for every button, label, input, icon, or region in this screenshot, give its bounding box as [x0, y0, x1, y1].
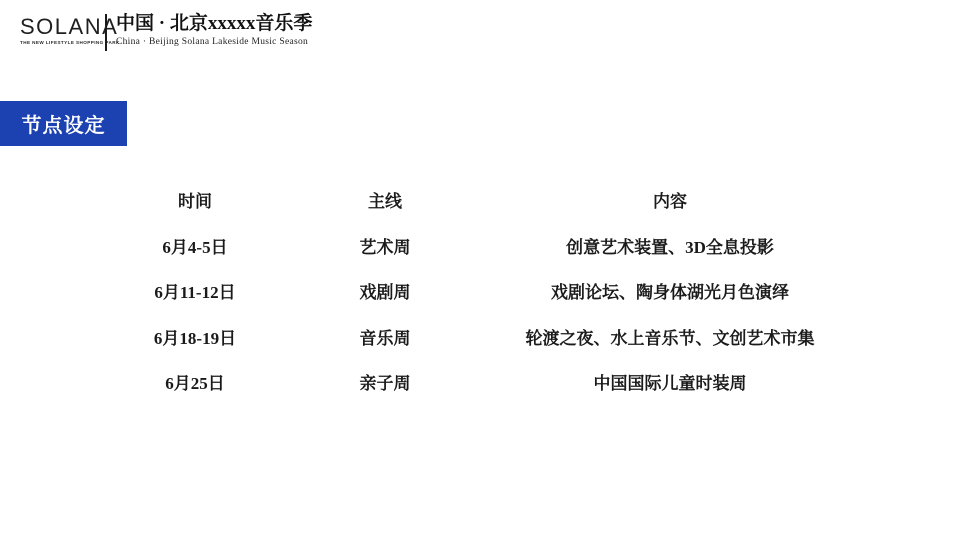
presentation-slide: SOLANA THE NEW LIFESTYLE SHOPPING PARK 中…: [0, 0, 960, 540]
logo-wordmark: SOLANA: [20, 16, 98, 38]
schedule-cell-content: 中国国际儿童时装周: [495, 359, 845, 405]
section-banner-label: 节点设定: [22, 109, 106, 138]
solana-logo: SOLANA THE NEW LIFESTYLE SHOPPING PARK: [20, 13, 98, 45]
brand-header: SOLANA THE NEW LIFESTYLE SHOPPING PARK 中…: [20, 13, 312, 51]
schedule-cell-theme: 艺术周: [275, 223, 495, 269]
schedule-cell-theme: 亲子周: [275, 359, 495, 405]
header-divider: [105, 14, 107, 51]
column-header-content: 内容: [495, 177, 845, 223]
schedule-cell-theme: 戏剧周: [275, 268, 495, 314]
event-title-chinese: 中国 · 北京xxxxx音乐季: [116, 13, 312, 35]
column-header-time: 时间: [115, 177, 275, 223]
event-title-english: China · Beijing Solana Lakeside Music Se…: [116, 37, 312, 47]
schedule-cell-content: 创意艺术装置、3D全息投影: [495, 223, 845, 269]
schedule-cell-theme: 音乐周: [275, 314, 495, 360]
schedule-table: 时间 主线 内容 6月4-5日 艺术周 创意艺术装置、3D全息投影 6月11-1…: [115, 177, 845, 405]
logo-tagline: THE NEW LIFESTYLE SHOPPING PARK: [20, 40, 98, 45]
schedule-cell-content: 轮渡之夜、水上音乐节、文创艺术市集: [495, 314, 845, 360]
schedule-cell-time: 6月25日: [115, 359, 275, 405]
schedule-cell-time: 6月4-5日: [115, 223, 275, 269]
schedule-cell-time: 6月18-19日: [115, 314, 275, 360]
schedule-cell-time: 6月11-12日: [115, 268, 275, 314]
section-banner: 节点设定: [0, 101, 127, 146]
header-titles: 中国 · 北京xxxxx音乐季 China · Beijing Solana L…: [116, 13, 312, 47]
schedule-cell-content: 戏剧论坛、陶身体湖光月色演绎: [495, 268, 845, 314]
column-header-theme: 主线: [275, 177, 495, 223]
